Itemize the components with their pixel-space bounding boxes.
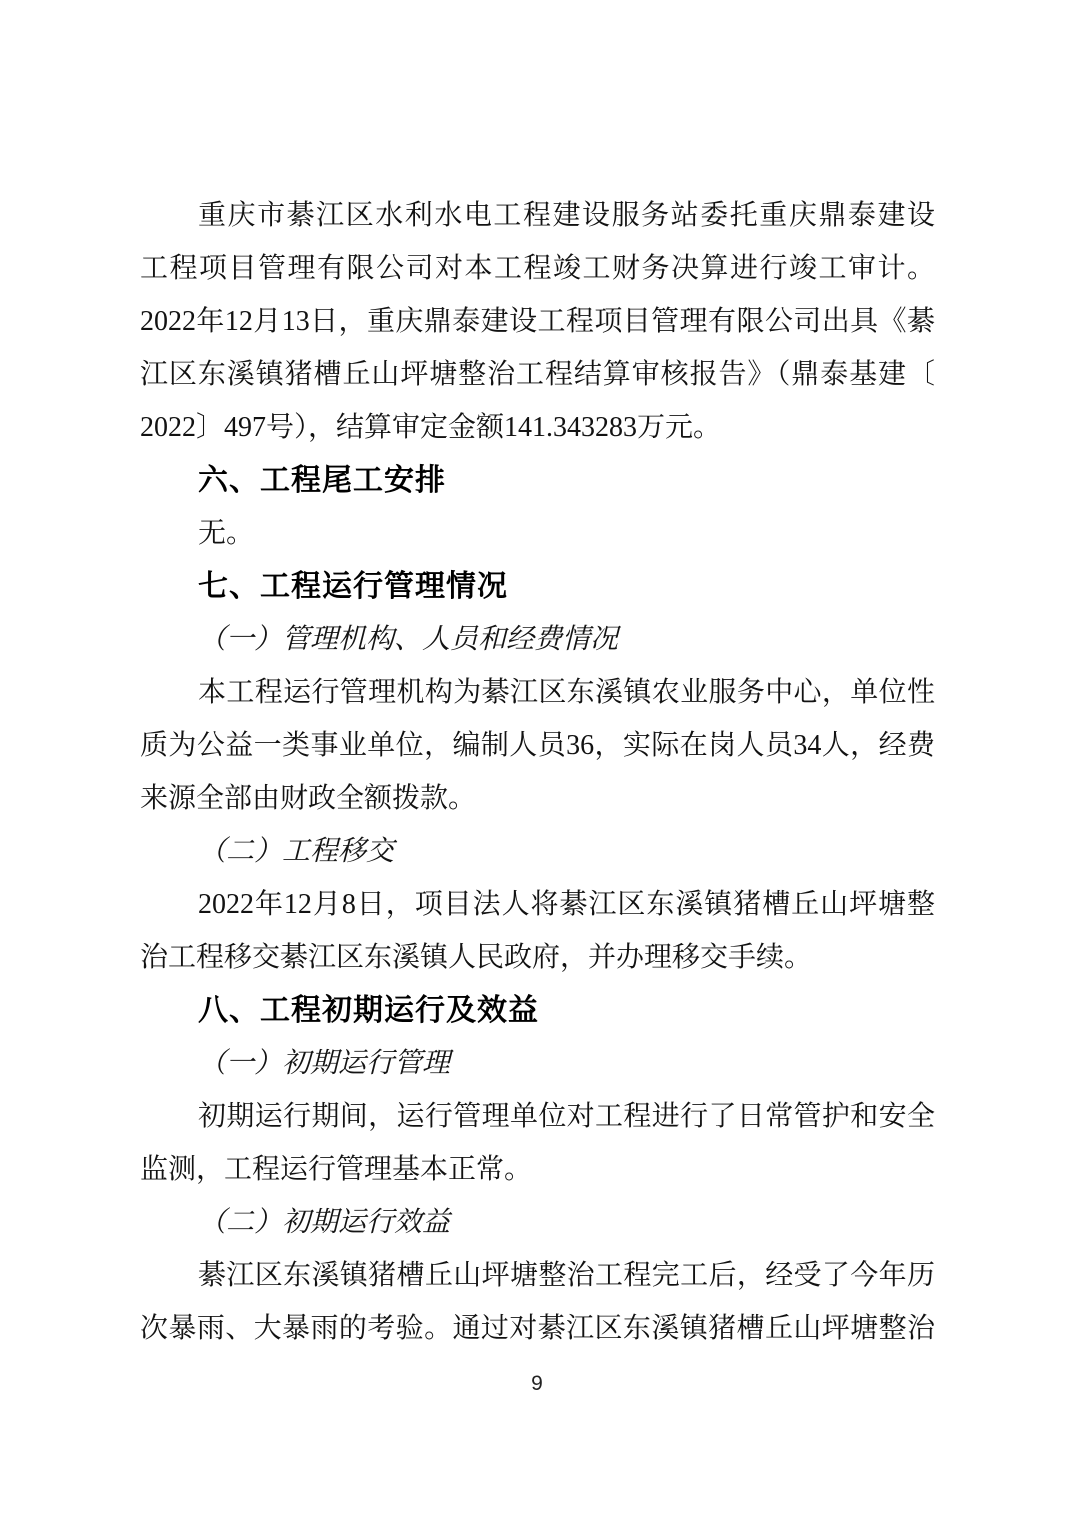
text-line: 初期运行期间，运行管理单位对工程进行了日常管护和安全	[140, 1090, 935, 1143]
text-line: 来源全部由财政全额拨款。	[140, 772, 935, 825]
subsection-heading: （一）初期运行管理	[140, 1037, 935, 1090]
paragraph-management-org: 本工程运行管理机构为綦江区东溪镇农业服务中心，单位性 质为公益一类事业单位，编制…	[140, 666, 935, 825]
text-line: 2022〕497号），结算审定金额141.343283万元。	[140, 401, 935, 454]
paragraph-initial-operation: 初期运行期间，运行管理单位对工程进行了日常管护和安全 监测，工程运行管理基本正常…	[140, 1090, 935, 1196]
subsection-heading: （二）工程移交	[140, 825, 935, 878]
paragraph-none: 无。	[140, 507, 935, 560]
document-body: 重庆市綦江区水利水电工程建设服务站委托重庆鼎泰建设 工程项目管理有限公司对本工程…	[140, 189, 935, 1355]
subheading-project-handover: （二）工程移交	[140, 825, 935, 878]
text-line: 治工程移交綦江区东溪镇人民政府，并办理移交手续。	[140, 931, 935, 984]
paragraph-benefits: 綦江区东溪镇猪槽丘山坪塘整治工程完工后，经受了今年历 次暴雨、大暴雨的考验。通过…	[140, 1249, 935, 1355]
text-line: 本工程运行管理机构为綦江区东溪镇农业服务中心，单位性	[140, 666, 935, 719]
text-line: 质为公益一类事业单位，编制人员36，实际在岗人员34人，经费	[140, 719, 935, 772]
subsection-heading: （二）初期运行效益	[140, 1196, 935, 1249]
text-line: 无。	[140, 507, 935, 560]
heading-section-6-tail-work: 六、工程尾工安排	[140, 454, 935, 507]
heading-section-7-operation-management: 七、工程运行管理情况	[140, 560, 935, 613]
text-line: 工程项目管理有限公司对本工程竣工财务决算进行竣工审计。	[140, 242, 935, 295]
section-heading: 七、工程运行管理情况	[140, 560, 935, 613]
text-line: 2022年12月8日，项目法人将綦江区东溪镇猪槽丘山坪塘整	[140, 878, 935, 931]
subheading-initial-operation-management: （一）初期运行管理	[140, 1037, 935, 1090]
subsection-heading: （一）管理机构、人员和经费情况	[140, 613, 935, 666]
document-page: 重庆市綦江区水利水电工程建设服务站委托重庆鼎泰建设 工程项目管理有限公司对本工程…	[0, 0, 1074, 1520]
subheading-initial-operation-benefits: （二）初期运行效益	[140, 1196, 935, 1249]
paragraph-settlement-audit: 重庆市綦江区水利水电工程建设服务站委托重庆鼎泰建设 工程项目管理有限公司对本工程…	[140, 189, 935, 454]
section-heading: 八、工程初期运行及效益	[140, 984, 935, 1037]
section-heading: 六、工程尾工安排	[140, 454, 935, 507]
text-line: 綦江区东溪镇猪槽丘山坪塘整治工程完工后，经受了今年历	[140, 1249, 935, 1302]
text-line: 次暴雨、大暴雨的考验。通过对綦江区东溪镇猪槽丘山坪塘整治	[140, 1302, 935, 1355]
paragraph-handover: 2022年12月8日，项目法人将綦江区东溪镇猪槽丘山坪塘整 治工程移交綦江区东溪…	[140, 878, 935, 984]
text-line: 2022年12月13日，重庆鼎泰建设工程项目管理有限公司出具《綦	[140, 295, 935, 348]
text-line: 监测，工程运行管理基本正常。	[140, 1143, 935, 1196]
page-number: 9	[0, 1372, 1074, 1396]
heading-section-8-initial-operation-benefits: 八、工程初期运行及效益	[140, 984, 935, 1037]
text-line: 江区东溪镇猪槽丘山坪塘整治工程结算审核报告》（鼎泰基建〔	[140, 348, 935, 401]
text-line: 重庆市綦江区水利水电工程建设服务站委托重庆鼎泰建设	[140, 189, 935, 242]
subheading-management-org-staff-funds: （一）管理机构、人员和经费情况	[140, 613, 935, 666]
